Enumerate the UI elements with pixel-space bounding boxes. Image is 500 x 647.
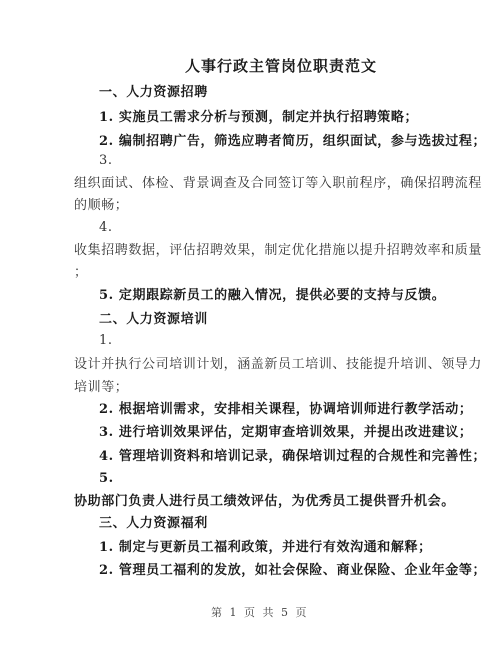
training-item-1-number: 1. <box>99 333 113 349</box>
training-item-5-text: 协助部门负责人进行员工绩效评估，为优秀员工提供晋升机会。 <box>74 494 455 510</box>
benefits-item-1: 1. 制定与更新员工福利政策，并进行有效沟通和解释； <box>99 540 432 556</box>
training-item-1-text: 设计并执行公司培训计划，涵盖新员工培训、技能提升培训、领导力 <box>74 357 482 373</box>
recruitment-item-4-text-cont: ； <box>74 265 88 281</box>
recruitment-item-2: 2. 编制招聘广告，筛选应聘者简历，组织面试，参与选拔过程； <box>99 134 486 150</box>
page-footer: 第 1 页 共 5 页 <box>211 605 308 621</box>
recruitment-item-4-text: 收集招聘数据，评估招聘效果，制定优化措施以提升招聘效率和质量 <box>74 243 482 259</box>
section-heading-training: 二、人力资源培训 <box>99 312 208 328</box>
recruitment-item-3-text: 组织面试、体检、背景调查及合同签订等入职前程序，确保招聘流程 <box>74 176 482 192</box>
document-title: 人事行政主管岗位职责范文 <box>185 58 377 74</box>
recruitment-item-5: 5. 定期跟踪新员工的融入情况，提供必要的支持与反馈。 <box>99 288 445 304</box>
training-item-2: 2. 根据培训需求，安排相关课程，协调培训师进行教学活动； <box>99 402 473 418</box>
training-item-1-text-cont: 培训等； <box>74 380 128 396</box>
training-item-5-number: 5. <box>99 471 114 487</box>
section-heading-benefits: 三、人力资源福利 <box>99 516 208 532</box>
recruitment-item-3-number: 3. <box>99 153 113 169</box>
training-item-3: 3. 进行培训效果评估，定期审查培训效果，并提出改进建议； <box>99 425 473 441</box>
benefits-item-2: 2. 管理员工福利的发放，如社会保险、商业保险、企业年金等； <box>99 563 486 579</box>
document-page: 人事行政主管岗位职责范文 一、人力资源招聘 1. 实施员工需求分析与预测，制定并… <box>0 0 500 647</box>
section-heading-recruitment: 一、人力资源招聘 <box>99 85 208 101</box>
recruitment-item-3-text-cont: 的顺畅； <box>74 198 128 214</box>
recruitment-item-4-number: 4. <box>99 220 113 236</box>
recruitment-item-1: 1. 实施员工需求分析与预测，制定并执行招聘策略； <box>99 110 418 126</box>
training-item-4: 4. 管理培训资料和培训记录，确保培训过程的合规性和完善性； <box>99 449 486 465</box>
